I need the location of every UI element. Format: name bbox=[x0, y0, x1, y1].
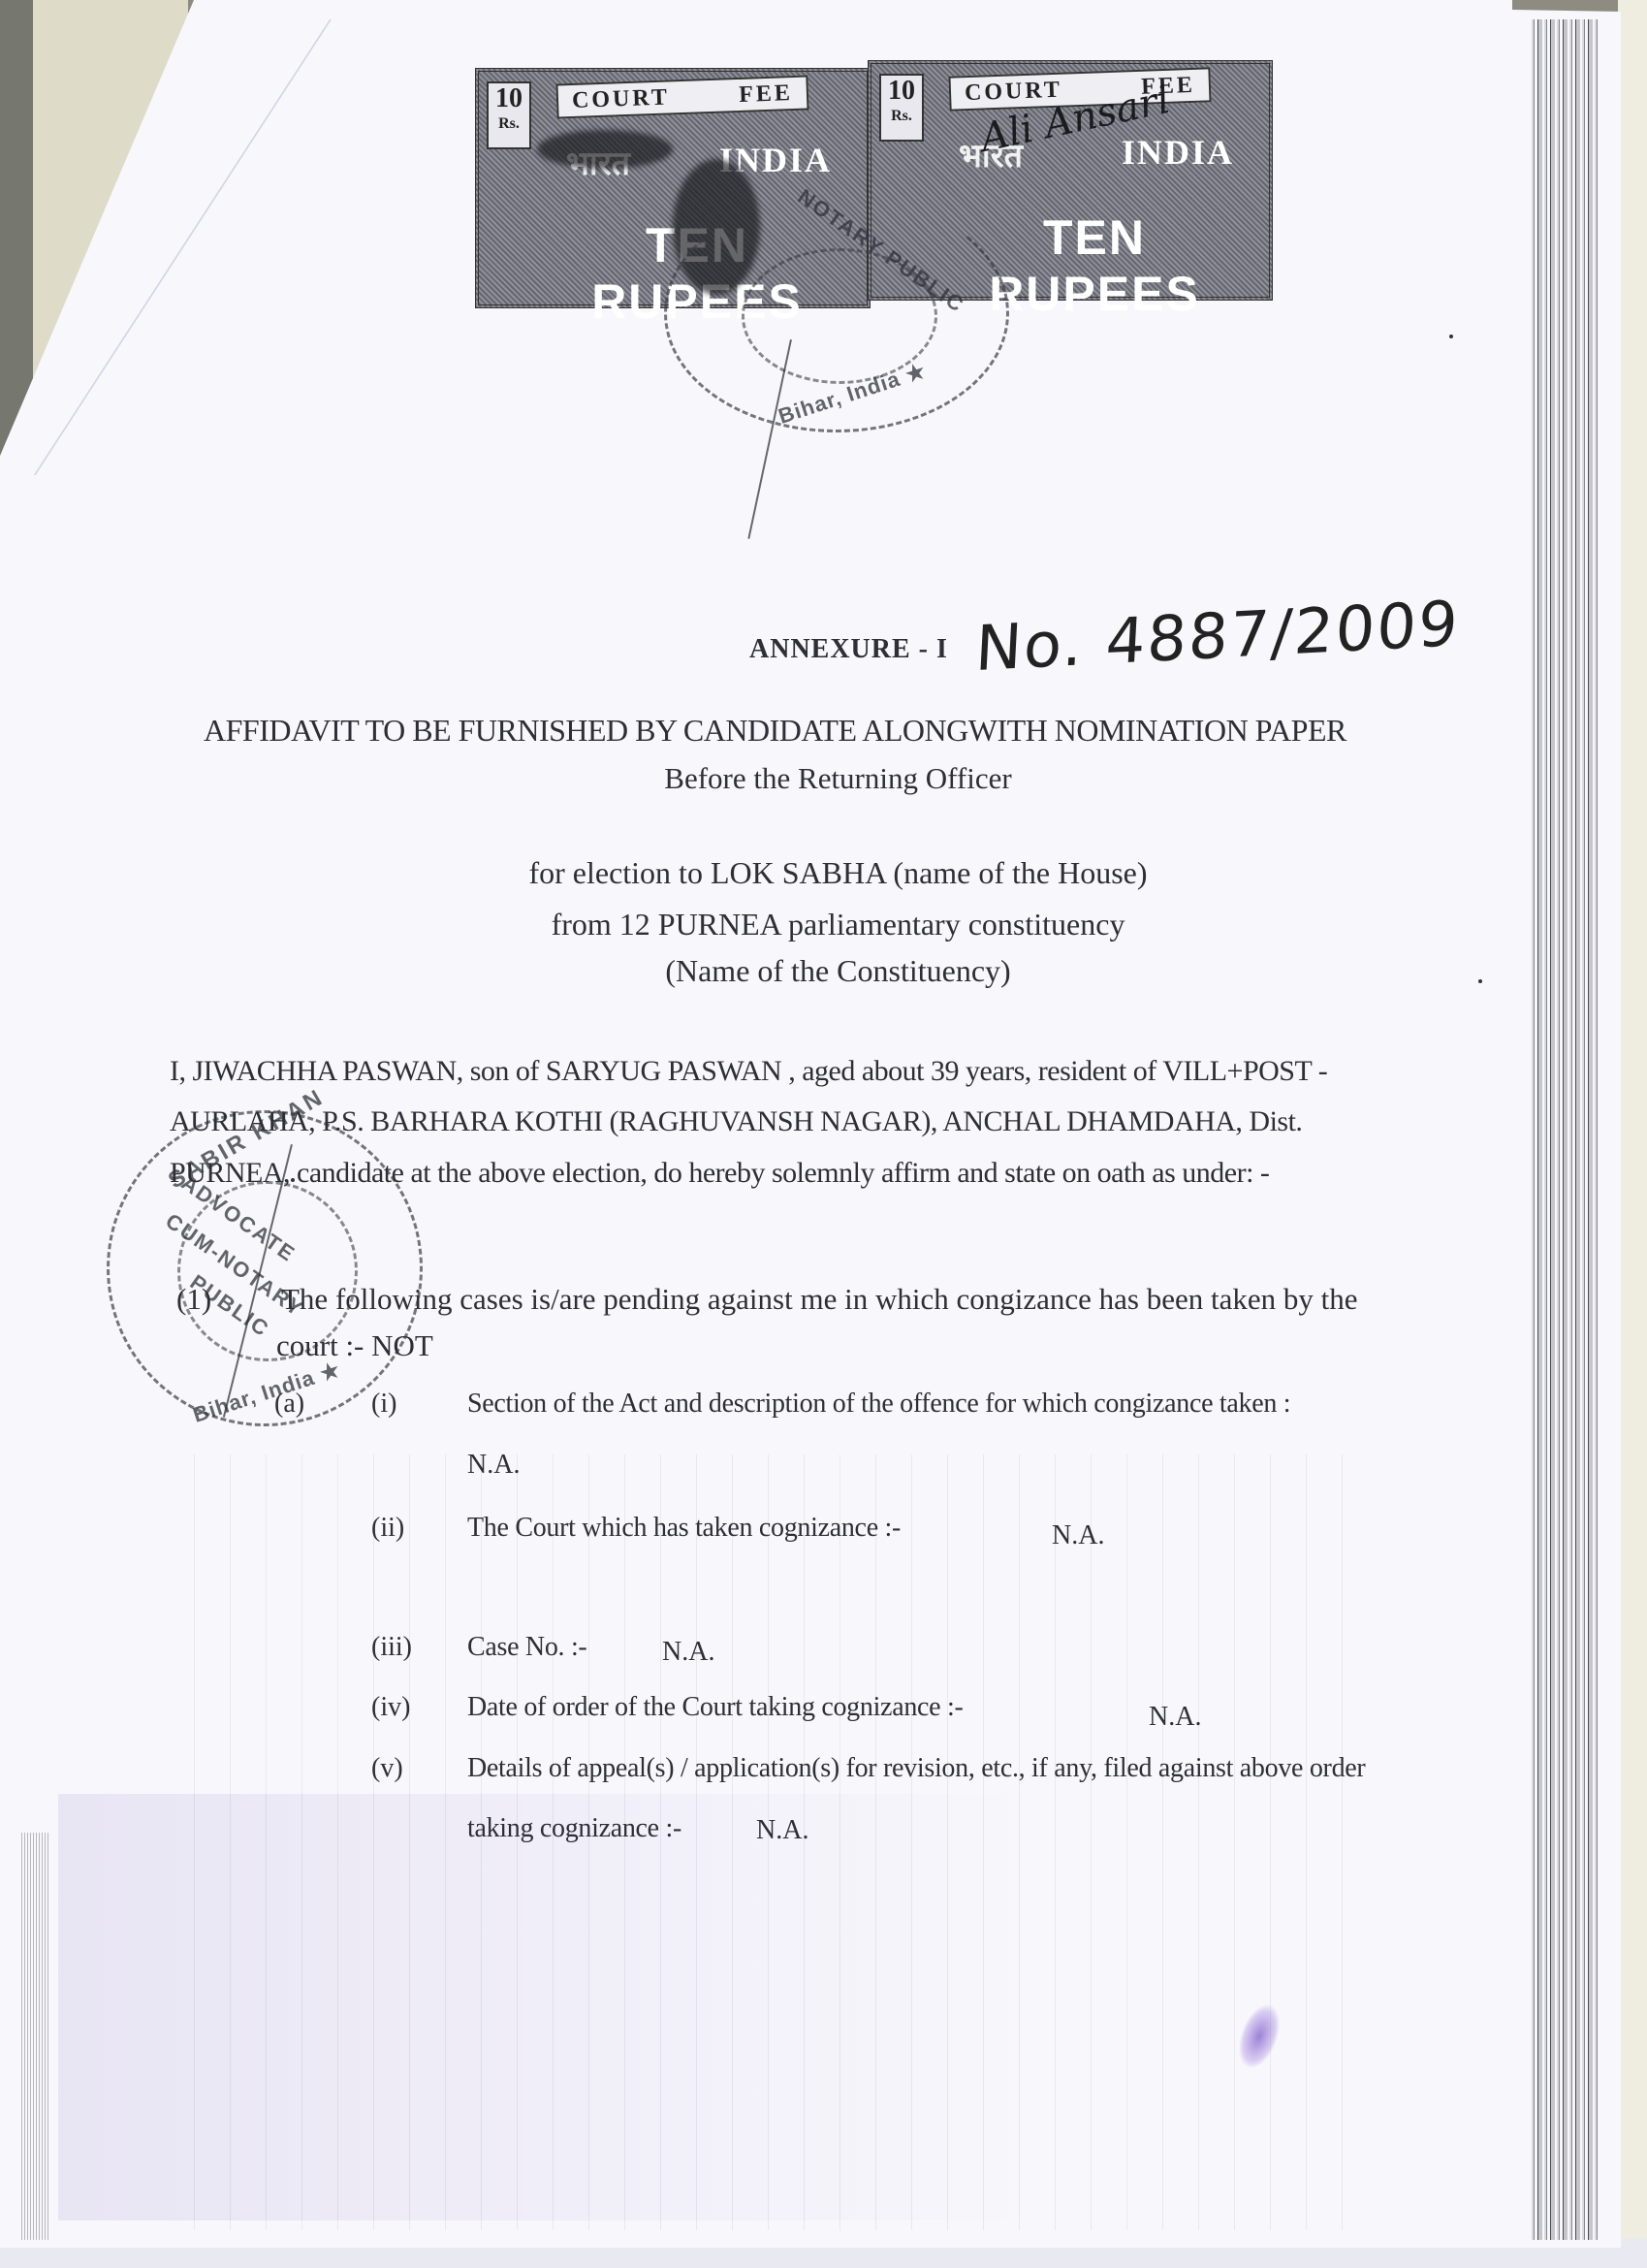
election-line: for election to LOK SABHA (name of the H… bbox=[0, 855, 1647, 891]
constituency-caption: (Name of the Constituency) bbox=[0, 953, 1647, 989]
declaration-line: I, JIWACHHA PASWAN, son of SARYUG PASWAN… bbox=[170, 1055, 1527, 1088]
declaration-line: AURLAHA, P.S. BARHARA KOTHI (RAGHUVANSH … bbox=[170, 1105, 1527, 1138]
sub-item-value: N.A. bbox=[467, 1450, 520, 1481]
annexure-label: ANNEXURE - I bbox=[749, 634, 948, 665]
sub-item-value: N.A. bbox=[1052, 1520, 1104, 1551]
affidavit-page: 10Rs. COURTFEE भारत INDIA TEN RUPEES 10R… bbox=[0, 0, 1621, 2248]
item-text: The following cases is/are pending again… bbox=[281, 1282, 1357, 1317]
notary-seal-top: NOTARY PUBLIC Bihar, India ★ bbox=[664, 194, 1009, 432]
sub-item-letter: (a) bbox=[274, 1389, 304, 1420]
scanner-background-right bbox=[1618, 0, 1647, 2268]
sub-item-number: (v) bbox=[371, 1753, 403, 1784]
stamp-denomination: 10Rs. bbox=[879, 74, 924, 142]
seal-rim-text: Bihar, India ★ bbox=[190, 1357, 344, 1428]
declaration-line: PURNEA, candidate at the above election,… bbox=[170, 1157, 1527, 1190]
handwritten-case-number: No. 4887/2009 bbox=[973, 589, 1461, 686]
sub-item-number: (ii) bbox=[371, 1513, 404, 1544]
dust-speck bbox=[291, 1178, 295, 1182]
document-title: AFFIDAVIT TO BE FURNISHED BY CANDIDATE A… bbox=[204, 713, 1512, 749]
sub-item-label-continuation: taking cognizance :- bbox=[467, 1813, 681, 1844]
item-number: (1) bbox=[176, 1282, 211, 1317]
sub-item-number: (i) bbox=[371, 1389, 396, 1420]
item-continuation: court :- NOT bbox=[276, 1328, 433, 1363]
sub-item-label: Details of appeal(s) / application(s) fo… bbox=[467, 1753, 1365, 1784]
dust-speck bbox=[1449, 335, 1453, 338]
copier-streak-right bbox=[1532, 19, 1598, 2240]
sub-item-value: N.A. bbox=[756, 1815, 808, 1846]
sub-item-value: N.A. bbox=[1149, 1702, 1201, 1733]
sub-item-label: Section of the Act and description of th… bbox=[467, 1389, 1290, 1420]
stamp-country: INDIA bbox=[1122, 132, 1234, 173]
annexure-heading: ANNEXURE - I No. 4887/2009 bbox=[749, 601, 1460, 673]
copier-streak-left bbox=[21, 1833, 48, 2240]
stamp-header: COURTFEE bbox=[555, 75, 808, 118]
dust-speck bbox=[1478, 979, 1482, 983]
sub-item-number: (iii) bbox=[371, 1632, 412, 1663]
ink-smudge bbox=[537, 130, 673, 169]
sub-item-label: Case No. :- bbox=[467, 1632, 586, 1663]
stamp-denomination: 10Rs. bbox=[487, 81, 531, 149]
sub-item-number: (iv) bbox=[371, 1692, 410, 1723]
sub-item-label: Date of order of the Court taking cogniz… bbox=[467, 1692, 963, 1723]
constituency-line: from 12 PURNEA parliamentary constituenc… bbox=[0, 907, 1647, 942]
document-subtitle: Before the Returning Officer bbox=[0, 761, 1647, 796]
sub-item-value: N.A. bbox=[662, 1637, 714, 1668]
sub-item-label: The Court which has taken cognizance :- bbox=[467, 1513, 901, 1544]
